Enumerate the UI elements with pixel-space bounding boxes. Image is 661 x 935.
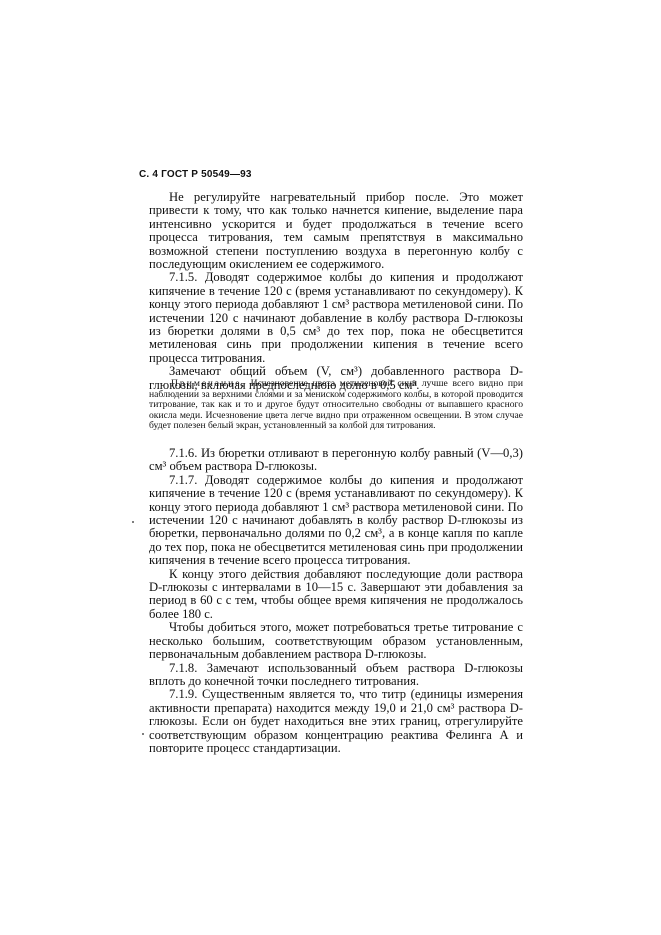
paragraph-7-1-7-third: Чтобы добиться этого, может потребоватьс…: [149, 621, 523, 661]
note: Примечание. Исчезновение цвета метиленов…: [149, 379, 523, 432]
paragraph-7-1-7-intervals: К концу этого действия добавляют последу…: [149, 568, 523, 622]
scan-speck: [132, 521, 134, 523]
paragraph-7-1-6: 7.1.6. Из бюретки отливают в перегонную …: [149, 447, 523, 474]
note-label: Примечание.: [171, 378, 246, 389]
text-block-1: Не регулируйте нагревательный прибор пос…: [149, 191, 523, 392]
paragraph-7-1-7: 7.1.7. Доводят содержимое колбы до кипен…: [149, 474, 523, 568]
paragraph-7-1-8: 7.1.8. Замечают использованный объем рас…: [149, 662, 523, 689]
paragraph-7-1-9: 7.1.9. Существенным является то, что тит…: [149, 688, 523, 755]
document-page: С. 4 ГОСТ Р 50549—93 Не регулируйте нагр…: [0, 0, 661, 935]
page-header: С. 4 ГОСТ Р 50549—93: [139, 169, 252, 180]
paragraph-7-1-5: 7.1.5. Доводят содержимое колбы до кипен…: [149, 271, 523, 365]
paragraph-intro: Не регулируйте нагревательный прибор пос…: [149, 191, 523, 271]
scan-speck: [142, 733, 144, 735]
note-block: Примечание. Исчезновение цвета метиленов…: [149, 379, 523, 432]
text-block-2: 7.1.6. Из бюретки отливают в перегонную …: [149, 447, 523, 755]
